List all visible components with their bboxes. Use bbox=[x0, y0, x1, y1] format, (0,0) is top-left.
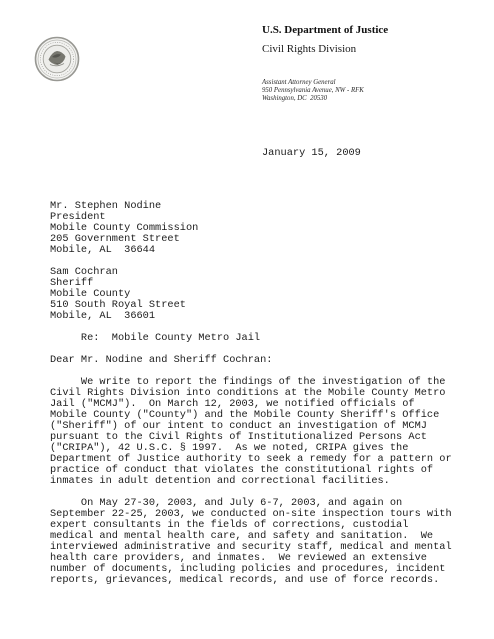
letterhead: U.S. Department of Justice Civil Rights … bbox=[262, 24, 472, 104]
division-name: Civil Rights Division bbox=[262, 43, 472, 55]
recipient-address-2: Sam Cochran Sheriff Mobile County 510 So… bbox=[50, 267, 452, 322]
recipient-address-1: Mr. Stephen Nodine President Mobile Coun… bbox=[50, 201, 452, 256]
salutation: Dear Mr. Nodine and Sheriff Cochran: bbox=[50, 355, 452, 366]
paragraph-2: On May 27-30, 2003, and July 6-7, 2003, … bbox=[50, 498, 452, 586]
office-address: Assistant Attorney General 950 Pennsylva… bbox=[262, 79, 472, 104]
letter-page: U.S. Department of Justice Civil Rights … bbox=[0, 0, 494, 639]
letter-date: January 15, 2009 bbox=[262, 147, 361, 159]
doj-seal-icon bbox=[34, 36, 80, 82]
paragraph-1: We write to report the findings of the i… bbox=[50, 377, 452, 487]
letter-body: Mr. Stephen Nodine President Mobile Coun… bbox=[50, 201, 452, 597]
agency-name: U.S. Department of Justice bbox=[262, 24, 472, 36]
re-line: Re: Mobile County Metro Jail bbox=[50, 333, 452, 344]
